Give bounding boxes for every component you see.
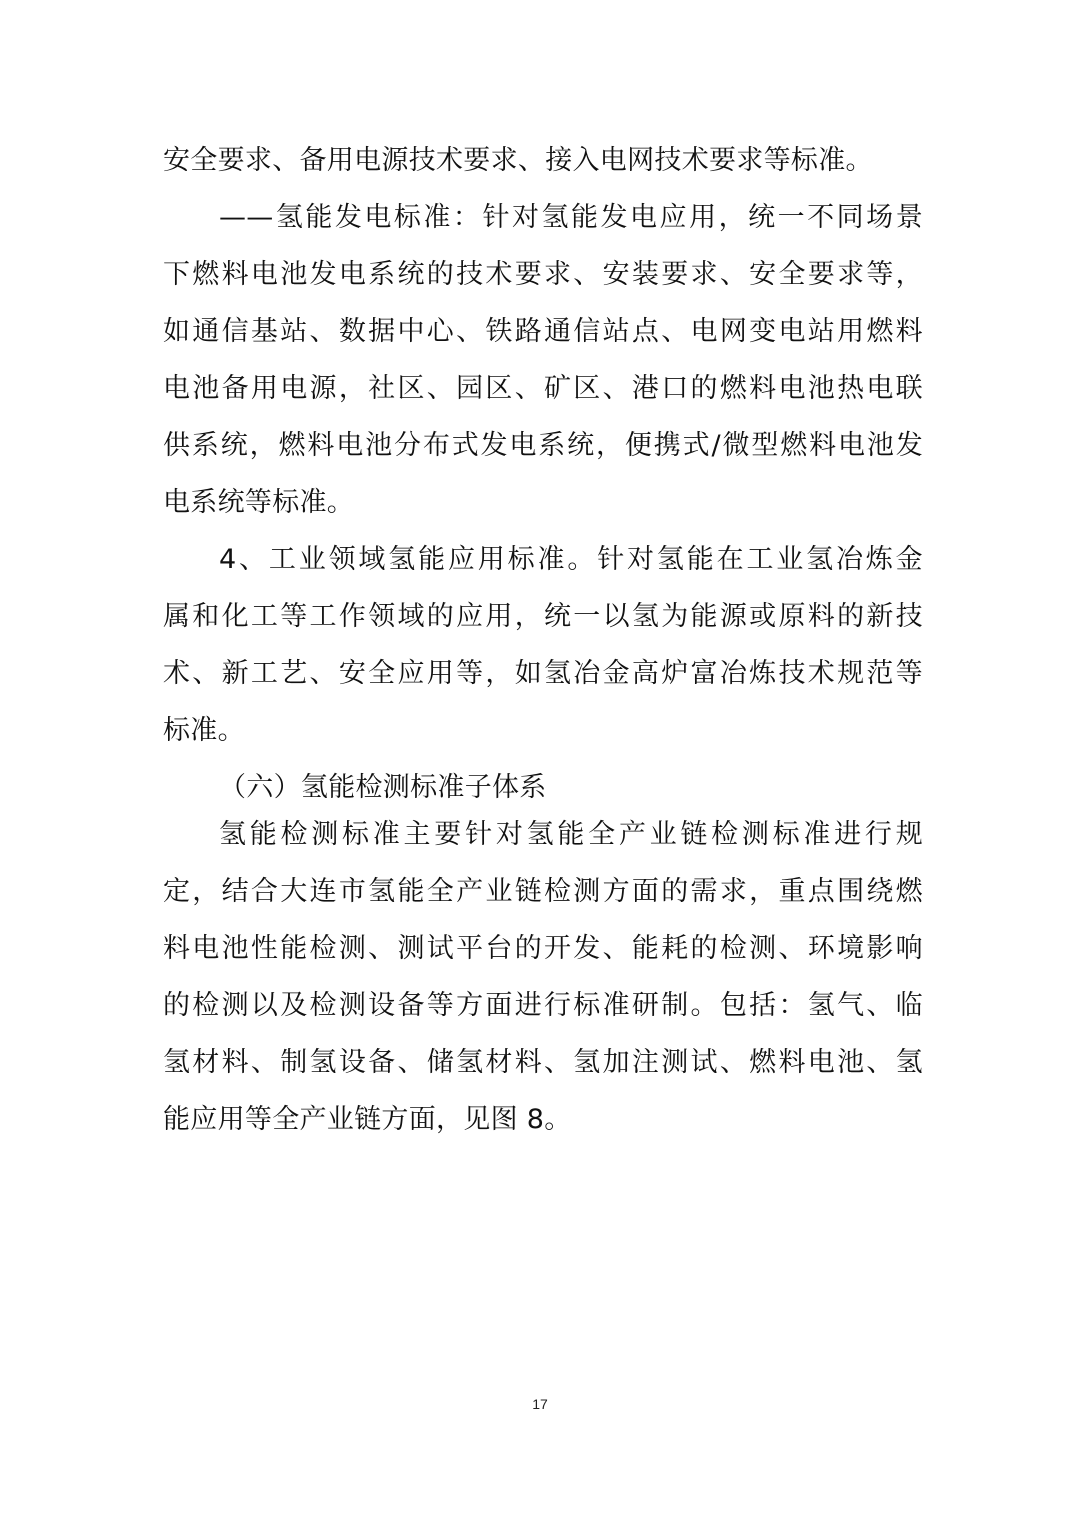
text-line: 料电池性能检测、测试平台的开发、能耗的检测、环境影响 [163,920,923,977]
text-line: 氢能检测标准主要针对氢能全产业链检测标准进行规 [219,806,923,863]
text-line: 4、工业领域氢能应用标准。针对氢能在工业氢冶炼金 [219,531,923,588]
text-line: 标准。 [163,702,923,759]
text-line: 安全要求、备用电源技术要求、接入电网技术要求等标准。 [163,132,923,189]
text-line: 电池备用电源，社区、园区、矿区、港口的燃料电池热电联 [163,360,923,417]
text-line: 氢材料、制氢设备、储氢材料、氢加注测试、燃料电池、氢 [163,1034,923,1091]
text-line: 术、新工艺、安全应用等，如氢冶金高炉富冶炼技术规范等 [163,645,923,702]
page-number: 17 [0,1396,1080,1412]
text-line: 如通信基站、数据中心、铁路通信站点、电网变电站用燃料 [163,303,923,360]
text-line: ——氢能发电标准：针对氢能发电应用，统一不同场景 [219,189,923,246]
document-page: 安全要求、备用电源技术要求、接入电网技术要求等标准。——氢能发电标准：针对氢能发… [0,0,1080,1528]
text-line: 的检测以及检测设备等方面进行标准研制。包括：氢气、临 [163,977,923,1034]
text-line: 属和化工等工作领域的应用，统一以氢为能源或原料的新技 [163,588,923,645]
text-line: 供系统，燃料电池分布式发电系统，便携式/微型燃料电池发 [163,417,923,474]
text-line: 下燃料电池发电系统的技术要求、安装要求、安全要求等， [163,246,923,303]
text-line: 定，结合大连市氢能全产业链检测方面的需求，重点围绕燃 [163,863,923,920]
text-line: 能应用等全产业链方面，见图 8。 [163,1091,923,1148]
text-line: 电系统等标准。 [163,474,923,531]
